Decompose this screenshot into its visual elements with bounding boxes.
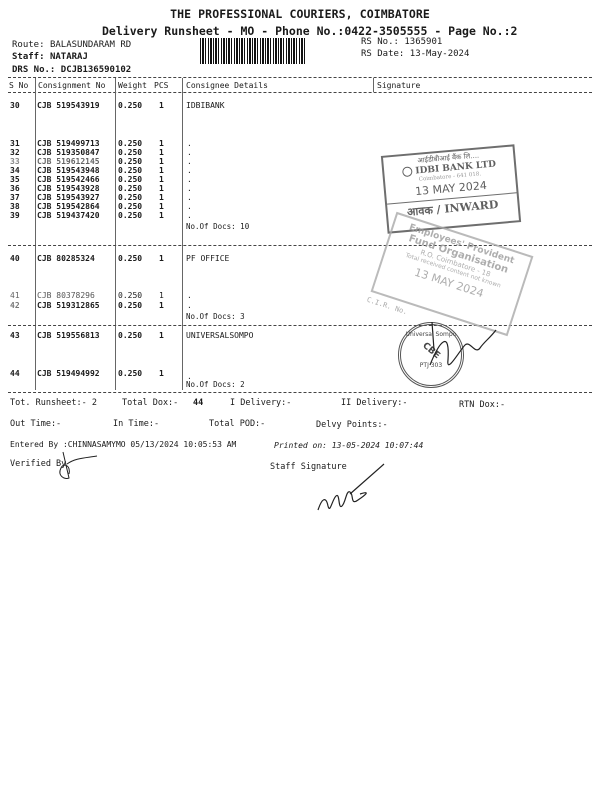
row-sno: 41: [10, 291, 20, 300]
column-divider: [373, 78, 374, 92]
col-header-consignment: Consignment No: [38, 81, 105, 90]
row-consignment: CJB 519543948: [37, 166, 100, 175]
rs-date-value: 13-May-2024: [410, 49, 470, 59]
epfo-stamp: Employees' Provident Fund Organisation R…: [371, 212, 534, 336]
rs-date-line: RS Date: 13-May-2024: [361, 49, 469, 59]
row-pcs: 1: [159, 369, 164, 378]
row-weight: 0.250: [118, 301, 142, 310]
row-pcs: 1: [159, 139, 164, 148]
row-consignment: CJB 519556813: [37, 331, 100, 340]
row-weight: 0.250: [118, 157, 142, 166]
row-consignment: CJB 519542864: [37, 202, 100, 211]
row-weight: 0.250: [118, 331, 142, 340]
row-sno: 34: [10, 166, 20, 175]
column-divider: [35, 78, 36, 390]
printed-on: Printed on: 13-05-2024 10:07:44: [274, 441, 423, 450]
column-divider: [115, 78, 116, 390]
staff-signature: [312, 460, 387, 520]
docs-count: No.Of Docs: 3: [186, 312, 245, 321]
row-weight: 0.250: [118, 202, 142, 211]
tot-runsheet: Tot. Runsheet:- 2: [10, 398, 97, 408]
staff-label: Staff:: [12, 52, 45, 62]
row-consignment: CJB 519350847: [37, 148, 100, 157]
company-title: THE PROFESSIONAL COURIERS, COIMBATORE: [0, 7, 600, 21]
col-header-weight: Weight: [118, 81, 147, 90]
row-consignment: CJB 519499713: [37, 139, 100, 148]
verifier-signature: [55, 450, 105, 485]
row-pcs: 1: [159, 101, 164, 110]
staff-value: NATARAJ: [50, 52, 88, 62]
row-weight: 0.250: [118, 175, 142, 184]
docs-count: No.Of Docs: 10: [186, 222, 249, 231]
row-consignment: CJB 519543927: [37, 193, 100, 202]
drs-line: DRS No.: DCJB136590102: [12, 65, 131, 75]
col-header-signature: Signature: [377, 81, 420, 90]
row-pcs: 1: [159, 202, 164, 211]
route-value: BALASUNDARAM RD: [50, 40, 131, 50]
row-detail: .: [187, 211, 192, 220]
consignee-name: IDBIBANK: [186, 101, 225, 110]
row-pcs: 1: [159, 175, 164, 184]
row-detail: .: [187, 148, 192, 157]
row-sno: 32: [10, 148, 20, 157]
barcode: [200, 38, 306, 64]
rs-no-value: 1365901: [404, 37, 442, 47]
i-delivery: I Delivery:-: [230, 398, 291, 408]
row-detail: .: [187, 184, 192, 193]
col-header-sno: S No: [9, 81, 28, 90]
row-consignment: CJB 80285324: [37, 254, 95, 263]
row-sno: 42: [10, 301, 20, 310]
row-detail: .: [187, 139, 192, 148]
row-pcs: 1: [159, 184, 164, 193]
row-weight: 0.250: [118, 139, 142, 148]
row-detail: .: [187, 175, 192, 184]
row-pcs: 1: [159, 331, 164, 340]
runsheet-subtitle: Delivery Runsheet - MO - Phone No.:0422-…: [102, 24, 517, 38]
row-weight: 0.250: [118, 166, 142, 175]
consignee-name: UNIVERSALSOMPO: [186, 331, 253, 340]
divider: [8, 392, 592, 393]
total-dox-label: Total Dox:-: [122, 398, 178, 408]
row-sno: 40: [10, 254, 20, 263]
row-weight: 0.250: [118, 369, 142, 378]
row-sno: 35: [10, 175, 20, 184]
row-consignment: CJB 519543928: [37, 184, 100, 193]
divider: [8, 245, 592, 246]
row-pcs: 1: [159, 148, 164, 157]
row-sno: 30: [10, 101, 20, 110]
rtn-dox: RTN Dox:-: [459, 400, 505, 410]
row-consignment: CJB 519543919: [37, 101, 100, 110]
row-consignment: CJB 519312865: [37, 301, 100, 310]
row-detail: .: [187, 301, 192, 310]
rs-date-label: RS Date:: [361, 49, 404, 59]
idbi-logo-icon: [402, 166, 413, 177]
consignee-name: PF OFFICE: [186, 254, 229, 263]
row-pcs: 1: [159, 254, 164, 263]
column-divider: [182, 78, 183, 390]
row-detail: .: [187, 193, 192, 202]
route-label: Route:: [12, 40, 45, 50]
row-detail: .: [187, 157, 192, 166]
row-weight: 0.250: [118, 291, 142, 300]
entered-by: Entered By :CHINNASAMYMO 05/13/2024 10:0…: [10, 440, 236, 449]
row-pcs: 1: [159, 157, 164, 166]
row-weight: 0.250: [118, 184, 142, 193]
ii-delivery: II Delivery:-: [341, 398, 408, 408]
row-consignment: CJB 80378296: [37, 291, 95, 300]
row-consignment: CJB 519612145: [37, 157, 100, 166]
row-consignment: CJB 519494992: [37, 369, 100, 378]
drs-label: DRS No.:: [12, 65, 55, 75]
row-sno: 38: [10, 202, 20, 211]
row-consignment: CJB 519542466: [37, 175, 100, 184]
staff-line: Staff: NATARAJ: [12, 52, 88, 62]
route-line: Route: BALASUNDARAM RD: [12, 40, 131, 50]
row-pcs: 1: [159, 301, 164, 310]
row-detail: .: [187, 166, 192, 175]
row-sno: 36: [10, 184, 20, 193]
row-weight: 0.250: [118, 193, 142, 202]
row-sno: 39: [10, 211, 20, 220]
consignee-signature: [420, 320, 500, 380]
out-time: Out Time:-: [10, 419, 61, 429]
row-consignment: CJB 519437420: [37, 211, 100, 220]
total-dox-value: 44: [193, 398, 203, 408]
row-weight: 0.250: [118, 148, 142, 157]
row-weight: 0.250: [118, 211, 142, 220]
row-weight: 0.250: [118, 254, 142, 263]
row-sno: 43: [10, 331, 20, 340]
total-pod: Total POD:-: [209, 419, 265, 429]
row-pcs: 1: [159, 291, 164, 300]
row-sno: 37: [10, 193, 20, 202]
row-pcs: 1: [159, 166, 164, 175]
divider: [8, 77, 592, 78]
in-time: In Time:-: [113, 419, 159, 429]
col-header-pcs: PCS: [154, 81, 168, 90]
col-header-consignee: Consignee Details: [186, 81, 268, 90]
row-detail: .: [187, 291, 192, 300]
rs-no-line: RS No.: 1365901: [361, 37, 442, 47]
row-detail: .: [187, 202, 192, 211]
row-pcs: 1: [159, 193, 164, 202]
rs-no-label: RS No.:: [361, 37, 399, 47]
row-pcs: 1: [159, 211, 164, 220]
delvy-points: Delvy Points:-: [316, 420, 388, 430]
drs-value: DCJB136590102: [61, 65, 131, 75]
docs-count: No.Of Docs: 2: [186, 380, 245, 389]
row-sno: 31: [10, 139, 20, 148]
divider: [8, 92, 592, 93]
row-weight: 0.250: [118, 101, 142, 110]
row-sno: 33: [10, 157, 20, 166]
row-sno: 44: [10, 369, 20, 378]
